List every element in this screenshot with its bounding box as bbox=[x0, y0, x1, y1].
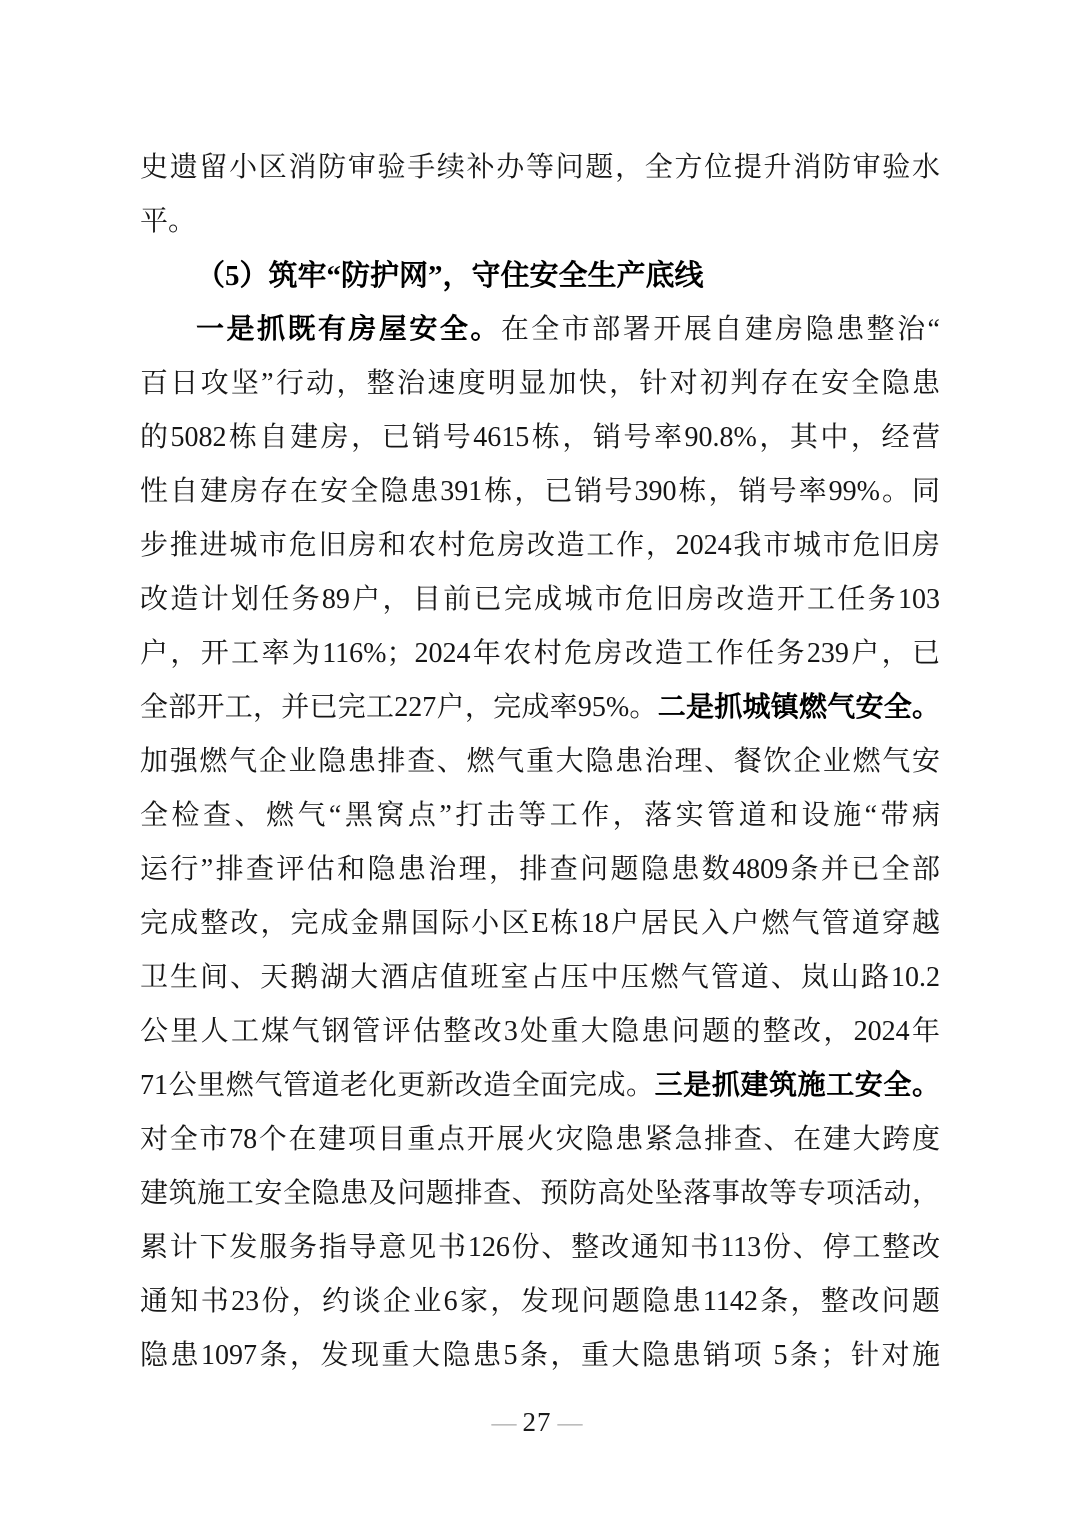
text-line: 百日攻坚”行动，整治速度明显加快，针对初判存在安全隐患 bbox=[140, 357, 940, 411]
text-line: 完成整改，完成金鼎国际小区E栋18户居民入户燃气管道穿越 bbox=[140, 897, 940, 951]
text-line: 建筑施工安全隐患及问题排查、预防高处坠落事故等专项活动， bbox=[140, 1167, 940, 1221]
body-text: 平。 bbox=[140, 206, 196, 237]
body-text: 卫生间、天鹅湖大酒店值班室占压中压燃气管道、岚山路10.2 bbox=[140, 962, 940, 993]
body-text: 史遗留小区消防审验手续补办等问题，全方位提升消防审验水 bbox=[140, 152, 940, 183]
body-text: 隐患1097条，发现重大隐患5条，重大隐患销项 5条；针对施 bbox=[140, 1340, 940, 1371]
text-line: 性自建房存在安全隐患391栋，已销号390栋，销号率99%。同 bbox=[140, 465, 940, 519]
document-lines: 史遗留小区消防审验手续补办等问题，全方位提升消防审验水平。（5）筑牢“防护网”，… bbox=[140, 141, 940, 1383]
body-text: 公里人工煤气钢管评估整改3处重大隐患问题的整改，2024年 bbox=[140, 1016, 940, 1047]
body-text: 71公里燃气管道老化更新改造全面完成。 bbox=[140, 1070, 655, 1101]
text-line: 改造计划任务89户，目前已完成城市危旧房改造开工任务103 bbox=[140, 573, 940, 627]
text-line: 全检查、燃气“黑窝点”打击等工作，落实管道和设施“带病 bbox=[140, 789, 940, 843]
bold-emphasis-text: （5）筑牢“防护网”，守住安全生产底线 bbox=[196, 260, 704, 292]
body-text: 改造计划任务89户，目前已完成城市危旧房改造开工任务103 bbox=[140, 584, 940, 615]
text-line: 隐患1097条，发现重大隐患5条，重大隐患销项 5条；针对施 bbox=[140, 1329, 940, 1383]
body-text: 在全市部署开展自建房隐患整治“ bbox=[501, 314, 940, 345]
text-line: 公里人工煤气钢管评估整改3处重大隐患问题的整改，2024年 bbox=[140, 1005, 940, 1059]
document-page: 史遗留小区消防审验手续补办等问题，全方位提升消防审验水平。（5）筑牢“防护网”，… bbox=[0, 0, 1074, 1520]
text-line: 一是抓既有房屋安全。在全市部署开展自建房隐患整治“ bbox=[140, 303, 940, 357]
text-line: 全部开工，并已完工227户，完成率95%。二是抓城镇燃气安全。 bbox=[140, 681, 940, 735]
text-line: 通知书23份，约谈企业6家，发现问题隐患1142条，整改问题 bbox=[140, 1275, 940, 1329]
body-text: 对全市78个在建项目重点开展火灾隐患紧急排查、在建大跨度 bbox=[140, 1124, 940, 1155]
page-number: 27 bbox=[523, 1407, 552, 1437]
body-text: 户，开工率为116%；2024年农村危房改造工作任务239户，已 bbox=[140, 638, 940, 669]
body-text: 全部开工，并已完工227户，完成率95%。 bbox=[140, 692, 658, 723]
body-text: 加强燃气企业隐患排查、燃气重大隐患治理、餐饮企业燃气安 bbox=[140, 746, 940, 777]
body-text: 百日攻坚”行动，整治速度明显加快，针对初判存在安全隐患 bbox=[140, 368, 940, 399]
text-line: 步推进城市危旧房和农村危房改造工作，2024我市城市危旧房 bbox=[140, 519, 940, 573]
bold-emphasis-text: 一是抓既有房屋安全。 bbox=[196, 314, 501, 345]
body-text: 运行”排查评估和隐患治理，排查问题隐患数4809条并已全部 bbox=[140, 854, 940, 885]
text-line: 累计下发服务指导意见书126份、整改通知书113份、停工整改 bbox=[140, 1221, 940, 1275]
footer-dash-right: — bbox=[552, 1410, 589, 1437]
bold-emphasis-text: 二是抓城镇燃气安全。 bbox=[658, 692, 940, 723]
bold-emphasis-text: 三是抓建筑施工安全。 bbox=[655, 1070, 940, 1101]
text-line: 加强燃气企业隐患排查、燃气重大隐患治理、餐饮企业燃气安 bbox=[140, 735, 940, 789]
text-line: 平。 bbox=[140, 195, 940, 249]
body-text: 步推进城市危旧房和农村危房改造工作，2024我市城市危旧房 bbox=[140, 530, 940, 561]
body-text: 完成整改，完成金鼎国际小区E栋18户居民入户燃气管道穿越 bbox=[140, 908, 940, 939]
section-heading-line: （5）筑牢“防护网”，守住安全生产底线 bbox=[140, 249, 940, 303]
text-line: 史遗留小区消防审验手续补办等问题，全方位提升消防审验水 bbox=[140, 141, 940, 195]
text-line: 对全市78个在建项目重点开展火灾隐患紧急排查、在建大跨度 bbox=[140, 1113, 940, 1167]
footer-dash-left: — bbox=[486, 1410, 523, 1437]
body-text: 全检查、燃气“黑窝点”打击等工作，落实管道和设施“带病 bbox=[140, 800, 940, 831]
text-line: 71公里燃气管道老化更新改造全面完成。三是抓建筑施工安全。 bbox=[140, 1059, 940, 1113]
text-line: 卫生间、天鹅湖大酒店值班室占压中压燃气管道、岚山路10.2 bbox=[140, 951, 940, 1005]
body-text: 性自建房存在安全隐患391栋，已销号390栋，销号率99%。同 bbox=[140, 476, 940, 507]
text-line: 运行”排查评估和隐患治理，排查问题隐患数4809条并已全部 bbox=[140, 843, 940, 897]
text-line: 的5082栋自建房，已销号4615栋，销号率90.8%，其中，经营 bbox=[140, 411, 940, 465]
body-text: 的5082栋自建房，已销号4615栋，销号率90.8%，其中，经营 bbox=[140, 422, 940, 453]
body-text: 建筑施工安全隐患及问题排查、预防高处坠落事故等专项活动， bbox=[140, 1178, 940, 1209]
body-text: 累计下发服务指导意见书126份、整改通知书113份、停工整改 bbox=[140, 1232, 940, 1263]
page-footer: —27— bbox=[0, 1402, 1074, 1444]
body-text: 通知书23份，约谈企业6家，发现问题隐患1142条，整改问题 bbox=[140, 1286, 940, 1317]
text-line: 户，开工率为116%；2024年农村危房改造工作任务239户，已 bbox=[140, 627, 940, 681]
